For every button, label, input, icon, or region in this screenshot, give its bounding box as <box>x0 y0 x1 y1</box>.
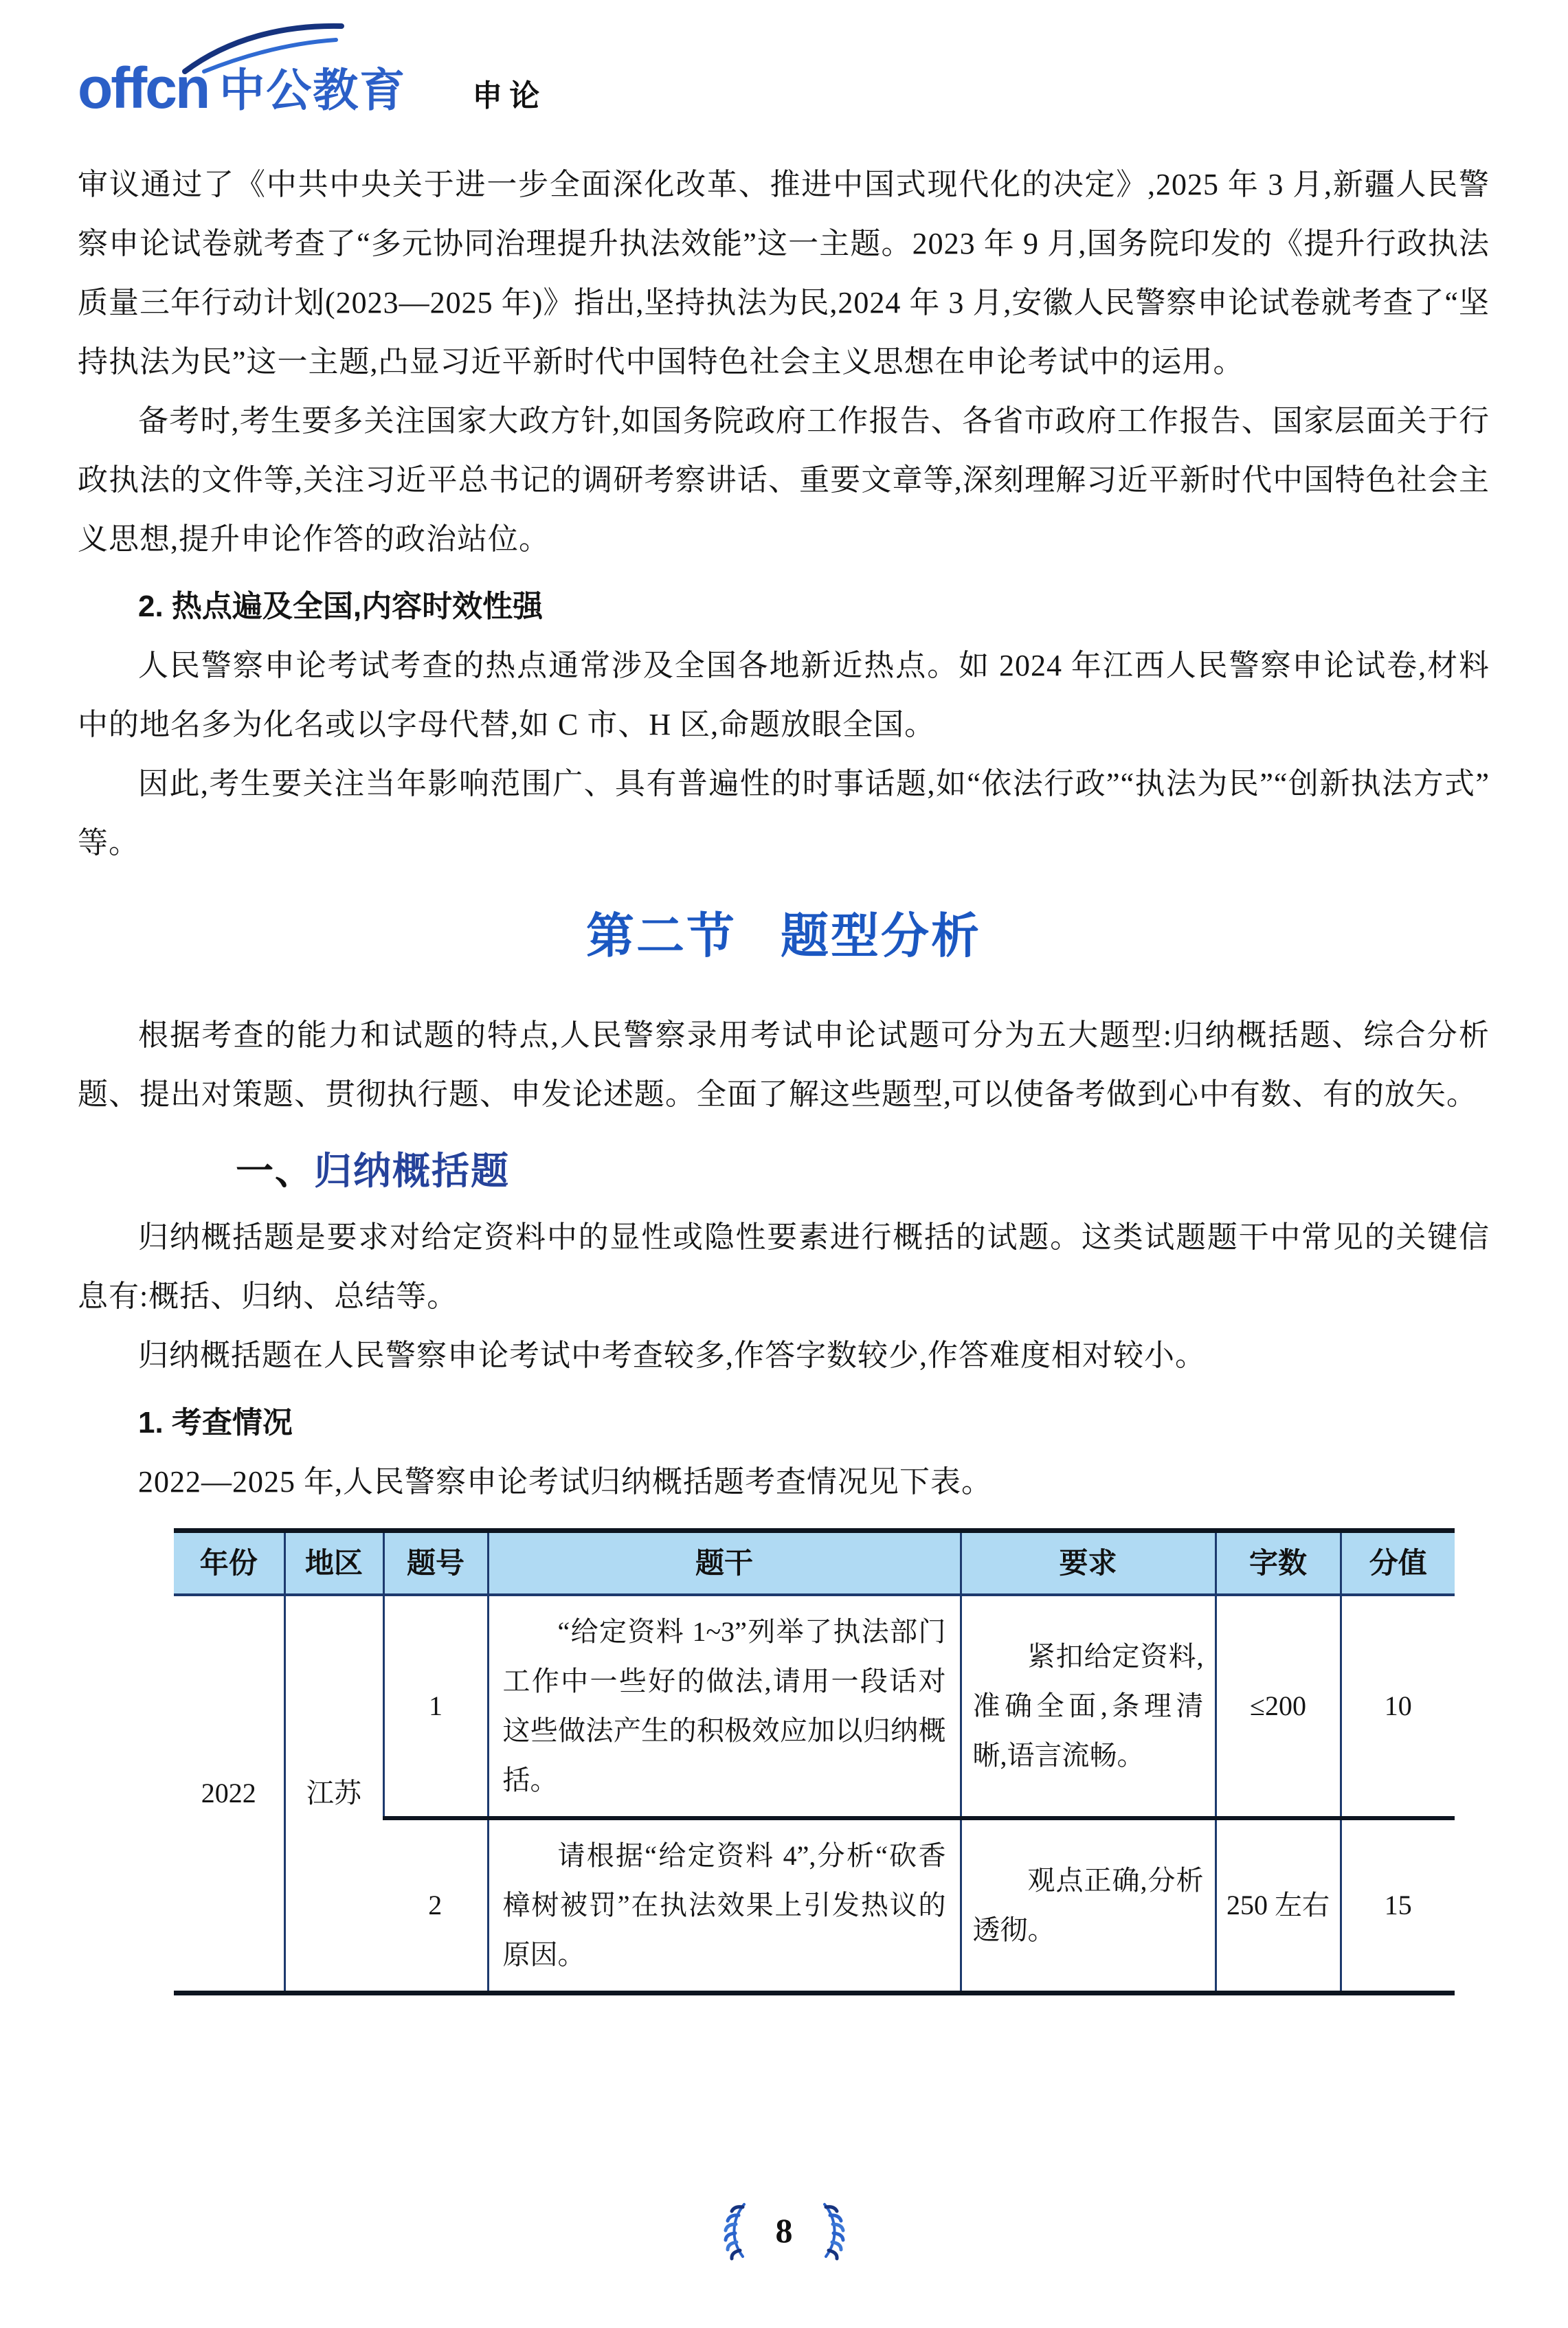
cell-requirement: 观点正确,分析透彻。 <box>961 1818 1216 1993</box>
col-header-requirement: 要求 <box>961 1531 1216 1596</box>
paragraph: 根据考查的能力和试题的特点,人民警察录用考试申论试题可分为五大题型:归纳概括题、… <box>78 1006 1490 1124</box>
paragraph: 因此,考生要关注当年影响范围广、具有普遍性的时事话题,如“依法行政”“执法为民”… <box>78 754 1490 873</box>
paragraph: 2022—2025 年,人民警察申论考试归纳概括题考查情况见下表。 <box>78 1453 1490 1512</box>
col-header-region: 地区 <box>284 1531 383 1596</box>
section-title: 第二节题型分析 <box>78 904 1490 967</box>
cell-score: 15 <box>1341 1818 1455 1993</box>
paragraph: 人民警察申论考试考查的热点通常涉及全国各地新近热点。如 2024 年江西人民警察… <box>78 636 1490 754</box>
subsection-label: 归纳概括题 <box>314 1150 510 1192</box>
section-title-text: 题型分析 <box>781 909 981 963</box>
offcn-swoosh-icon <box>181 22 346 74</box>
cell-requirement: 紧扣给定资料,准确全面,条理清晰,语言流畅。 <box>961 1595 1216 1818</box>
laurel-left-icon <box>717 2200 752 2261</box>
numbered-heading-hotspots: 2. 热点遍及全国,内容时效性强 <box>78 577 1490 636</box>
paragraph: 备考时,考生要多关注国家大政方针,如国务院政府工作报告、各省市政府工作报告、国家… <box>78 392 1490 569</box>
cell-year: 2022 <box>174 1595 284 1993</box>
col-header-stem: 题干 <box>488 1531 961 1596</box>
col-header-year: 年份 <box>174 1531 284 1596</box>
paragraph: 审议通过了《中共中央关于进一步全面深化改革、推进中国式现代化的决定》,2025 … <box>78 155 1490 392</box>
section-title-number: 第二节 <box>586 909 737 963</box>
cell-stem: 请根据“给定资料 4”,分析“砍香樟树被罚”在执法效果上引发热议的原因。 <box>488 1818 961 1993</box>
col-header-score: 分值 <box>1341 1531 1455 1596</box>
cell-question-no: 2 <box>383 1818 488 1993</box>
laurel-right-icon <box>816 2200 852 2261</box>
cell-word-limit: ≤200 <box>1216 1595 1341 1818</box>
col-header-word-count: 字数 <box>1216 1531 1341 1596</box>
main-text-column: 审议通过了《中共中央关于进一步全面深化改革、推进中国式现代化的决定》,2025 … <box>78 155 1490 1995</box>
page-footer: 8 <box>0 2196 1568 2265</box>
book-page: offcn 中公教育 申论 审议通过了《中共中央关于进一步全面深化改革、推进中国… <box>0 0 1568 2328</box>
page-number: 8 <box>776 2196 793 2265</box>
table-header-row: 年份 地区 题号 题干 要求 字数 分值 <box>174 1531 1455 1596</box>
cell-question-no: 1 <box>383 1595 488 1818</box>
cell-stem: “给定资料 1~3”列举了执法部门工作中一些好的做法,请用一段话对这些做法产生的… <box>488 1595 961 1818</box>
cell-region: 江苏 <box>284 1595 383 1993</box>
cell-word-limit: 250 左右 <box>1216 1818 1341 1993</box>
subsection-heading: 一、归纳概括题 <box>236 1143 1490 1198</box>
exam-overview-table: 年份 地区 题号 题干 要求 字数 分值 2022 江苏 1 “给定资料 1~3… <box>174 1528 1455 1995</box>
paragraph: 归纳概括题是要求对给定资料中的显性或隐性要素进行概括的试题。这类试题题干中常见的… <box>78 1208 1490 1326</box>
paragraph: 归纳概括题在人民警察申论考试中考查较多,作答字数较少,作答难度相对较小。 <box>78 1326 1490 1385</box>
offcn-logo: offcn 中公教育 <box>78 59 406 117</box>
cell-score: 10 <box>1341 1595 1455 1818</box>
page-header: offcn 中公教育 申论 <box>78 59 546 117</box>
col-header-question-no: 题号 <box>383 1531 488 1596</box>
subsection-number: 一、 <box>236 1150 314 1192</box>
numbered-heading-exam: 1. 考查情况 <box>78 1394 1490 1453</box>
table-row: 2022 江苏 1 “给定资料 1~3”列举了执法部门工作中一些好的做法,请用一… <box>174 1595 1455 1818</box>
subject-label: 申论 <box>472 76 546 117</box>
